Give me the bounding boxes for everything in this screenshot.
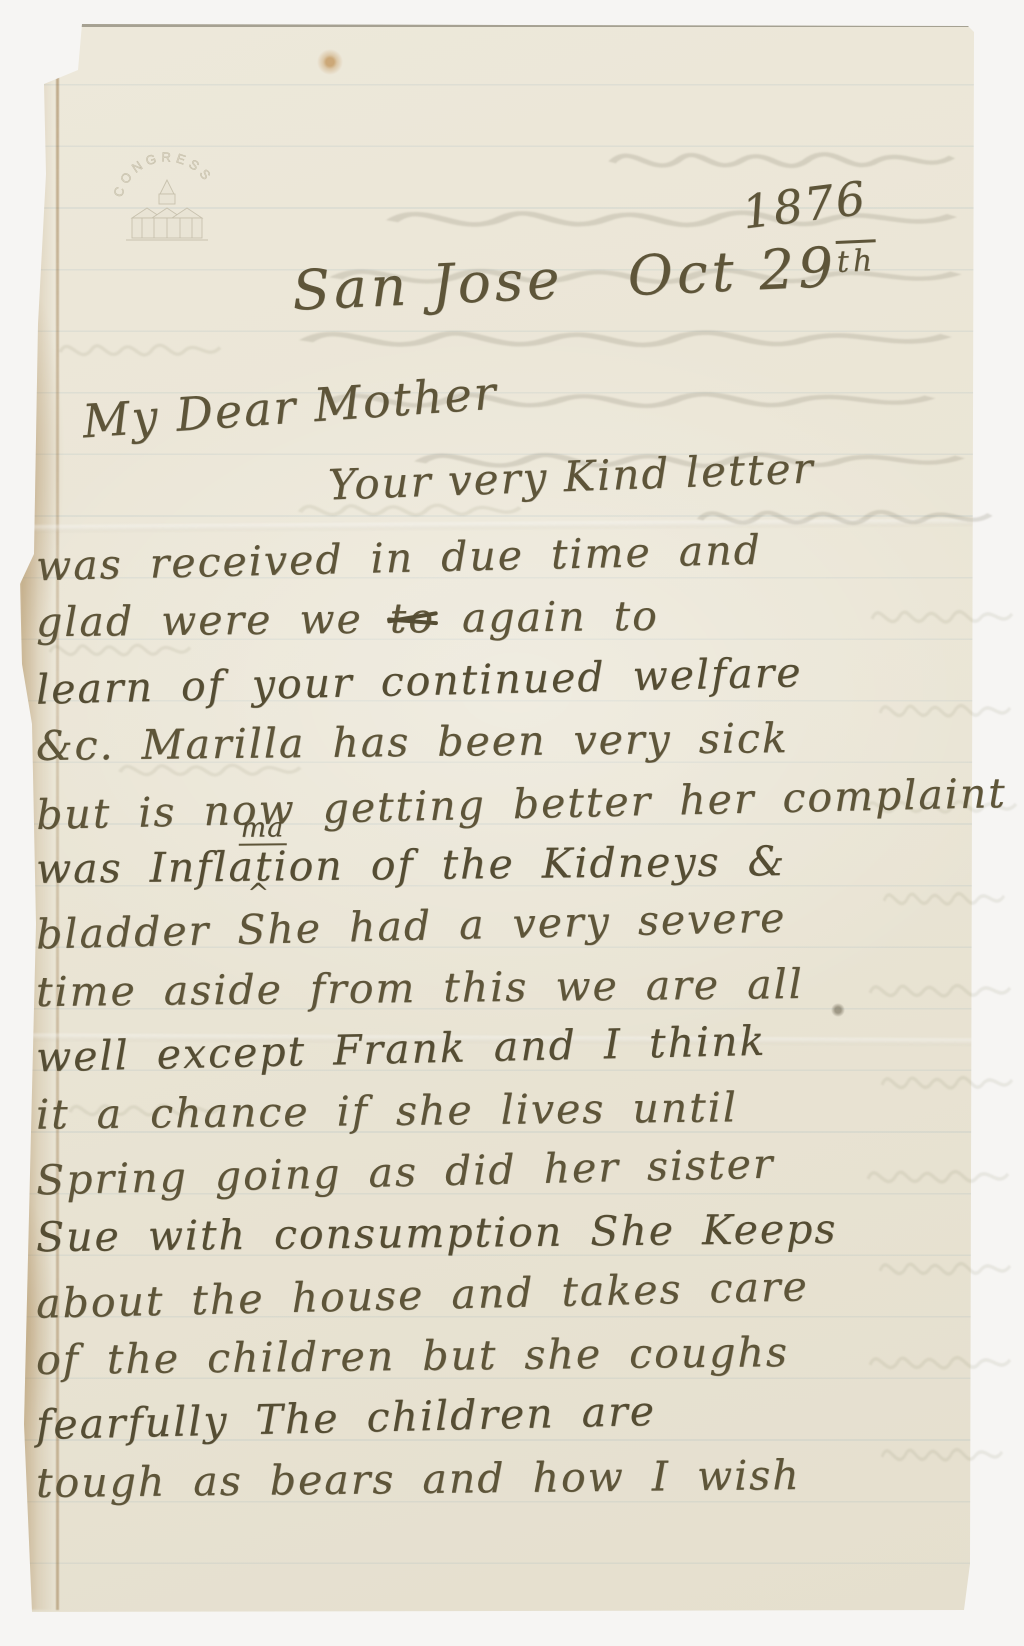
letter-text: it a chance if she lives until [36,1083,738,1138]
letter-line: tough as bears and how I wish [36,1451,801,1507]
letter-text: glad were we [36,595,390,647]
fold-crease [20,519,974,533]
dateline-place: San Jose [291,247,565,323]
letter-text: Sue with consumption She Keeps [36,1205,838,1261]
letter-text: again to [435,592,659,642]
letter-text: tough as bears and how I wish [36,1451,801,1507]
letter-line: time aside from this we are all [36,960,804,1016]
congress-emboss-stamp: CONGRESS [102,132,232,262]
inserted-word: ma [238,812,286,845]
letter-text: of the children but she coughs [36,1328,789,1384]
letter-text: &c. Marilla has been very sick [36,714,789,770]
emboss-building-icon [126,180,208,240]
paper-top-edge [80,24,974,27]
struck-word: to [389,594,435,642]
letter-text: was Infla [36,843,255,893]
scanned-letter-page: CONGRESS [0,0,1024,1646]
dateline-ordinal: th [836,239,877,280]
letter-line: &c. Marilla has been very sick [36,714,789,770]
letter-text: ma^tion of the Kidneys & [255,837,787,891]
caret-mark: ^ [247,878,271,908]
letter-line: it a chance if she lives until [36,1083,738,1138]
letter-line: of the children but she coughs [36,1328,789,1384]
letter-line: Sue with consumption She Keeps [36,1205,838,1261]
letter-text: time aside from this we are all [36,960,804,1016]
letter-line: was Inflama^tion of the Kidneys & [36,837,787,893]
letter-line: glad were we to again to [36,592,659,647]
dateline-date: Oct 29 [626,235,838,308]
